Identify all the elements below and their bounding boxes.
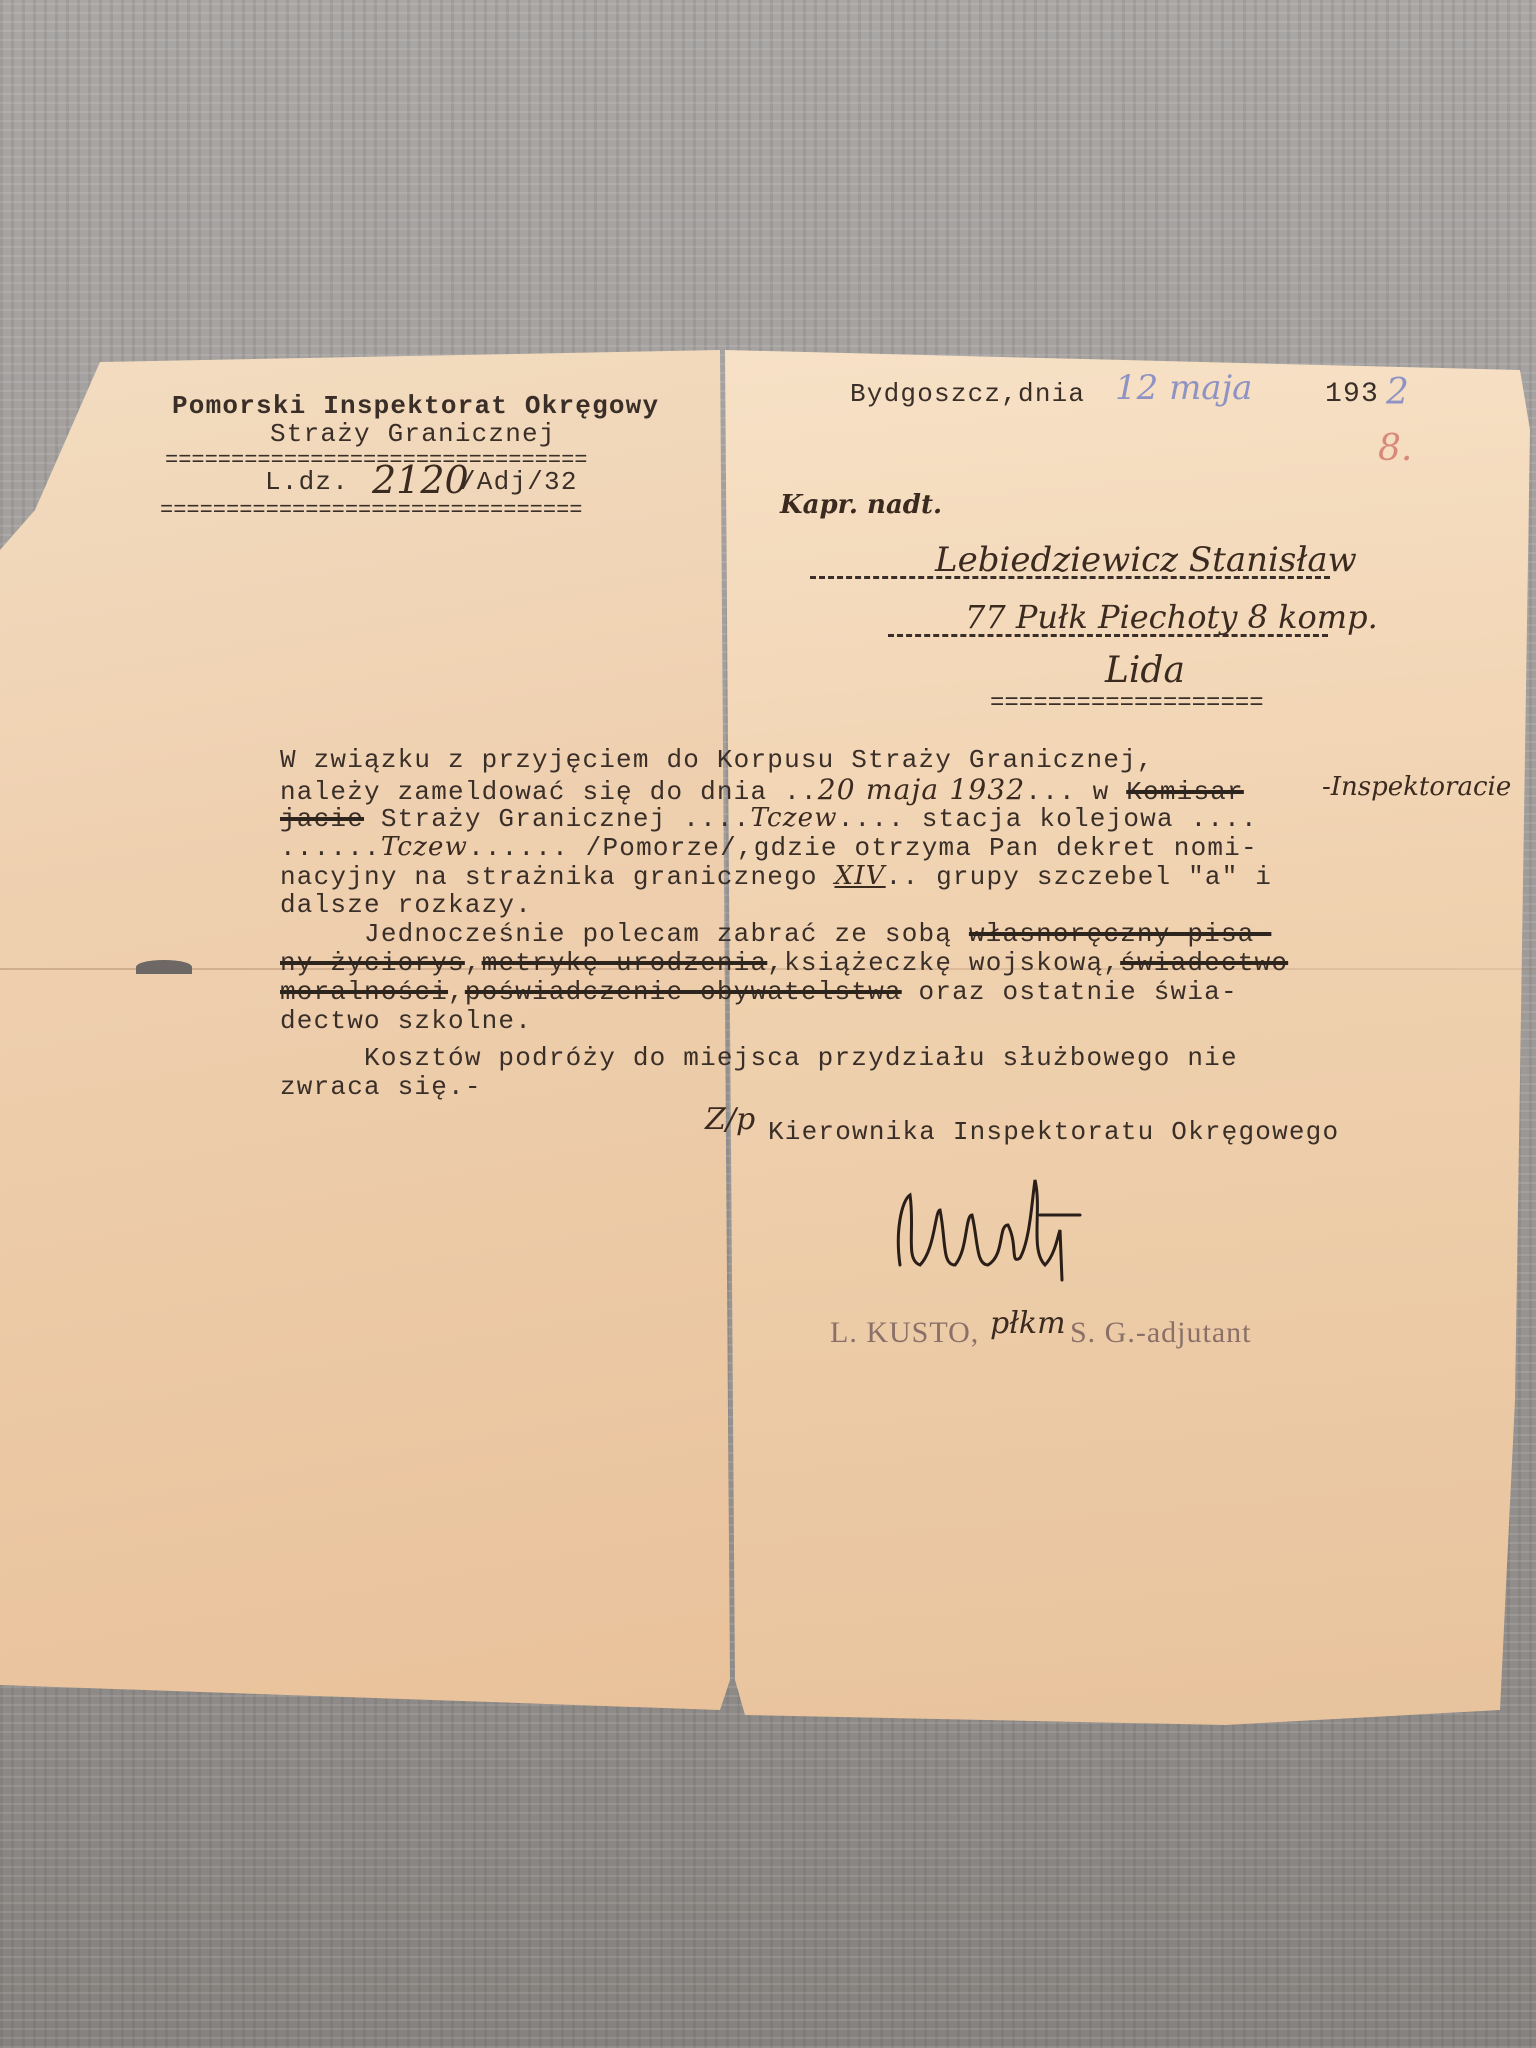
body-line-7: Jednocześnie polecam zabrać ze sobą włas… — [280, 920, 1271, 949]
body-text: .... stacja kolejowa .... — [838, 804, 1258, 834]
struck-text: poświadczenie obywatelstwa — [465, 977, 902, 1007]
dateline-date-handwritten: 12 maja — [1115, 368, 1252, 408]
body-line-3: jacie Straży Granicznej ....Tczew.... st… — [280, 804, 1258, 834]
body-line-9: moralności,poświadczenie obywatelstwa or… — [280, 978, 1238, 1007]
report-date-handwritten: 20 maja 1932 — [818, 773, 1026, 806]
addressee-unit: 77 Pułk Piechoty 8 komp. — [965, 598, 1378, 636]
struck-text: Komisar — [1126, 777, 1244, 807]
body-text: Jednocześnie polecam zabrać ze sobą — [280, 919, 969, 949]
office-name-line2: Straży Granicznej — [270, 420, 556, 449]
header-rule-bottom: ================================ — [160, 498, 582, 523]
struck-text: jacie — [280, 804, 364, 834]
inserted-word-handwritten: -Inspektoracie — [1322, 772, 1511, 802]
dateline-year: 193 — [1325, 380, 1379, 409]
addressee-name-underline — [810, 576, 1330, 579]
stamp-name: L. KUSTO, — [830, 1316, 979, 1350]
struck-text: własnoręczny pisa- — [969, 919, 1271, 949]
signature-kusto — [880, 1170, 1140, 1290]
reference-prefix: L.dz. — [265, 468, 349, 497]
struck-text: metrykę urodzenia — [482, 948, 768, 978]
body-text: ,książeczkę wojskową, — [767, 948, 1120, 978]
struck-text: ny życiorys — [280, 948, 465, 978]
document-paper: Pomorski Inspektorat Okręgowy Straży Gra… — [0, 350, 1536, 1730]
body-line-11: Kosztów podróży do miejsca przydziału sł… — [280, 1044, 1238, 1073]
group-handwritten: XIV — [834, 861, 885, 891]
addressee-rank: Kapr. nadt. — [780, 490, 942, 520]
addressee-unit-underline — [888, 634, 1328, 637]
signatory-title: Kierownika Inspektoratu Okręgowego — [768, 1118, 1339, 1147]
addressee-rule: =================== — [990, 690, 1264, 717]
body-line-1: W związku z przyjęciem do Korpusu Straży… — [280, 746, 1154, 775]
struck-text: świadectwo — [1120, 948, 1288, 978]
dateline-year-digit: 2 — [1386, 372, 1409, 413]
paper-tear — [136, 960, 192, 974]
body-text: .. grupy szczebel "a" i — [886, 862, 1272, 892]
body-text: ...... — [280, 833, 381, 863]
body-text: ... w — [1025, 777, 1126, 807]
body-text: nacyjny na strażnika granicznego — [280, 862, 834, 892]
reference-suffix: /Adj/32 — [460, 468, 578, 497]
margin-note-red: 8. — [1378, 428, 1412, 469]
per-procurationem-mark: Z/p — [705, 1102, 755, 1137]
office-name-line1: Pomorski Inspektorat Okręgowy — [172, 392, 659, 421]
struck-text: moralności — [280, 977, 448, 1007]
body-text: , — [465, 948, 482, 978]
addressee-town: Lida — [1105, 650, 1185, 691]
body-text: oraz ostatnie świa- — [902, 977, 1238, 1007]
body-line-4: ......Tczew...... /Pomorze/,gdzie otrzym… — [280, 833, 1258, 863]
body-text: ...... /Pomorze/,gdzie otrzyma Pan dekre… — [468, 833, 1258, 863]
addressee-name: Lebiedziewicz Stanisław — [935, 540, 1357, 580]
body-line-5: nacyjny na strażnika granicznego XIV.. g… — [280, 862, 1272, 892]
dateline-place: Bydgoszcz,dnia — [850, 380, 1085, 409]
reference-number-handwritten: 2120 — [372, 458, 469, 502]
body-text: Straży Granicznej .... — [364, 804, 750, 834]
stamp-role: S. G.-adjutant — [1070, 1316, 1251, 1350]
body-line-8: ny życiorys,metrykę urodzenia,książeczkę… — [280, 949, 1288, 978]
stamp-rank-handwritten: płkm — [990, 1306, 1066, 1341]
body-line-12: zwraca się.- — [280, 1073, 482, 1102]
body-line-6: dalsze rozkazy. — [280, 891, 532, 920]
body-text: , — [448, 977, 465, 1007]
body-text: należy zameldować się do dnia .. — [280, 777, 818, 807]
body-line-10: dectwo szkolne. — [280, 1007, 532, 1036]
place-handwritten: Tczew — [750, 803, 837, 833]
station-handwritten: Tczew — [381, 832, 468, 862]
